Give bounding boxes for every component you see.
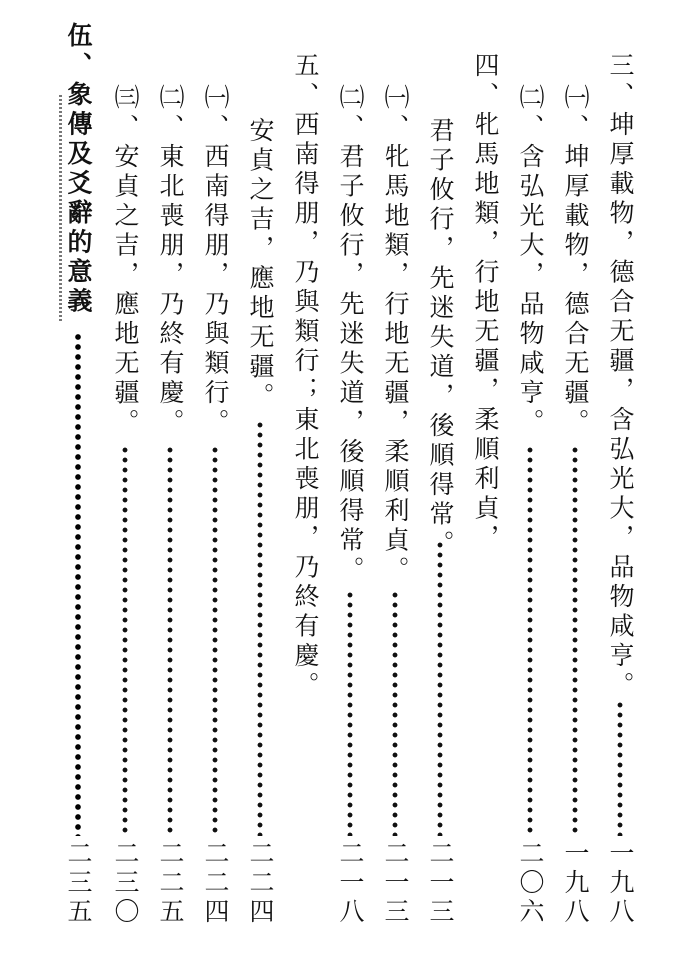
page-number: 二二五	[150, 840, 190, 927]
toc-entry-section-4-cont[interactable]: 君子攸行，先迷失道，後順得常。	[420, 117, 460, 560]
toc-entry-section-3[interactable]: 三、坤厚載物，德合无疆，含弘光大，品物咸亨。	[600, 52, 640, 701]
toc-entry-text: ㈡、東北喪朋，乃終有慶。	[150, 84, 190, 438]
toc-entry-chapter-5[interactable]: 伍、象傳及爻辭的意義	[58, 22, 98, 317]
toc-entry-sub-5-2[interactable]: ㈡、東北喪朋，乃終有慶。	[150, 84, 190, 438]
toc-entry-section-5-cont[interactable]: 安貞之吉，應地无疆。	[240, 117, 280, 412]
toc-entry-sub-3-1[interactable]: ㈠、坤厚載物，德合无疆。	[555, 84, 595, 438]
dot-leader	[617, 700, 623, 836]
dot-leader	[122, 445, 128, 836]
toc-entry-text: 安貞之吉，應地无疆。	[240, 117, 280, 412]
toc-entry-text: 五、西南得朋，乃與類行；東北喪朋，乃終有慶。	[285, 52, 325, 701]
toc-entry-sub-3-2[interactable]: ㈡、含弘光大，品物咸亨。	[510, 84, 550, 438]
toc-entry-text: 四、牝馬地類，行地无疆，柔順利貞，	[465, 52, 505, 554]
dot-leader	[527, 445, 533, 836]
dot-leader	[212, 445, 218, 836]
toc-entry-sub-5-3[interactable]: ㈢、安貞之吉，應地无疆。	[105, 84, 145, 438]
toc-entry-text: 伍、象傳及爻辭的意義	[58, 22, 98, 317]
toc-entry-sub-4-2[interactable]: ㈡、君子攸行，先迷失道，後順得常。	[330, 84, 370, 586]
page-number: 二三五	[58, 840, 98, 927]
page-number: 一九八	[555, 840, 595, 927]
page-number: 二一三	[420, 840, 460, 927]
toc-entry-section-4[interactable]: 四、牝馬地類，行地无疆，柔順利貞，	[465, 52, 505, 554]
dot-leader	[257, 420, 263, 836]
dot-leader	[572, 445, 578, 836]
dot-leader	[347, 590, 353, 836]
toc-entry-sub-5-1[interactable]: ㈠、西南得朋，乃與類行。	[195, 84, 235, 438]
page-number: 二一三	[375, 840, 415, 927]
toc-entry-text: 君子攸行，先迷失道，後順得常。	[420, 117, 460, 560]
dot-leader	[167, 445, 173, 836]
toc-entry-text: ㈡、君子攸行，先迷失道，後順得常。	[330, 84, 370, 586]
page-number: 二二四	[240, 840, 280, 927]
page-number: 二〇六	[510, 840, 550, 927]
toc-entry-text: ㈠、坤厚載物，德合无疆。	[555, 84, 595, 438]
dot-leader	[437, 540, 443, 836]
toc-entry-text: ㈢、安貞之吉，應地无疆。	[105, 84, 145, 438]
toc-entry-text: ㈠、西南得朋，乃與類行。	[195, 84, 235, 438]
toc-entry-sub-4-1[interactable]: ㈠、牝馬地類，行地无疆，柔順利貞。	[375, 84, 415, 586]
page-number: 二一八	[330, 840, 370, 927]
page-number: 二三〇	[105, 840, 145, 927]
page-number: 一九八	[600, 840, 640, 927]
dot-leader	[75, 332, 81, 836]
dot-leader	[392, 590, 398, 836]
toc-entry-section-5[interactable]: 五、西南得朋，乃與類行；東北喪朋，乃終有慶。	[285, 52, 325, 701]
toc-entry-text: ㈡、含弘光大，品物咸亨。	[510, 84, 550, 438]
page-number: 二二四	[195, 840, 235, 927]
toc-entry-text: 三、坤厚載物，德合无疆，含弘光大，品物咸亨。	[600, 52, 640, 701]
toc-entry-text: ㈠、牝馬地類，行地无疆，柔順利貞。	[375, 84, 415, 586]
